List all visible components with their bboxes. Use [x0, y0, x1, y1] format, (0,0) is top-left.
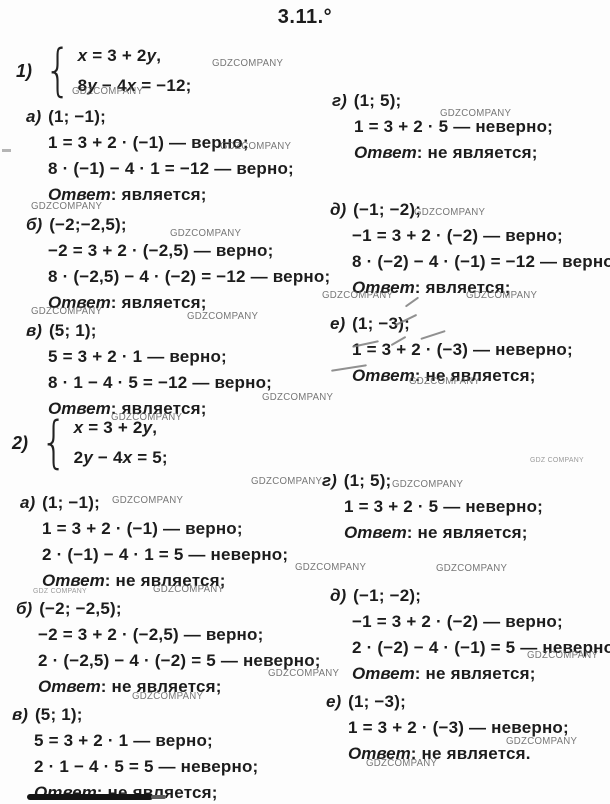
- part-2v: в)(5; 1); 5 = 3 + 2 · 1 — верно; 2 · 1 −…: [12, 702, 258, 804]
- watermark: GDZCOMPANY: [170, 227, 241, 239]
- part-point: (−2; −2,5);: [39, 599, 122, 618]
- watermark: GDZCOMPANY: [132, 690, 203, 702]
- part-point: (1; −1);: [48, 107, 106, 126]
- part-label: б): [26, 215, 42, 234]
- answer-line: Ответ: не является;: [344, 520, 543, 546]
- equation-line: 5 = 3 + 2 · 1 — верно;: [34, 728, 258, 754]
- answer-label: Ответ: [344, 523, 407, 542]
- watermark: GDZCOMPANY: [111, 411, 182, 423]
- watermark: GDZCOMPANY: [31, 200, 102, 212]
- equation-line: 8 · 1 − 4 · 5 = −12 — верно;: [48, 370, 272, 396]
- answer-line: Ответ: не является;: [34, 780, 258, 804]
- part-2d: д)(−1; −2); −1 = 3 + 2 · (−2) — верно; 2…: [330, 583, 610, 687]
- part-2b: б)(−2; −2,5); −2 = 3 + 2 · (−2,5) — верн…: [16, 596, 321, 700]
- part-point: (5; 1);: [35, 705, 83, 724]
- answer-label: Ответ: [352, 366, 415, 385]
- answer-text: : не является;: [407, 523, 528, 542]
- problem-number: 2): [12, 433, 28, 454]
- watermark: GDZCOMPANY: [466, 289, 537, 301]
- watermark: GDZCOMPANY: [31, 305, 102, 317]
- system-line: 2y − 4x = 5;: [74, 443, 168, 473]
- part-point: (−1; −2);: [353, 586, 421, 605]
- watermark: GDZCOMPANY: [409, 375, 480, 387]
- scan-artifact-dash: [2, 149, 11, 152]
- watermark: GDZCOMPANY: [153, 583, 224, 595]
- part-label: г): [322, 471, 337, 490]
- equation-line: 2 · 1 − 4 · 5 = 5 — неверно;: [34, 754, 258, 780]
- system-brace: {: [44, 40, 71, 102]
- answer-line: Ответ: не является;: [354, 140, 553, 166]
- equation-line: 1 = 3 + 2 · 5 — неверно;: [344, 494, 543, 520]
- watermark: GDZCOMPANY: [295, 561, 366, 573]
- answer-label: Ответ: [352, 664, 415, 683]
- system-brace: {: [40, 412, 67, 474]
- watermark: GDZ COMPANY: [530, 455, 584, 464]
- answer-label: Ответ: [38, 677, 101, 696]
- part-label: в): [12, 705, 28, 724]
- problem-number: 1): [16, 61, 32, 82]
- equation-line: 8 · (−1) − 4 · 1 = −12 — верно;: [48, 156, 294, 182]
- watermark: GDZCOMPANY: [251, 475, 322, 487]
- part-2e: е)(1; −3); 1 = 3 + 2 · (−3) — неверно; О…: [326, 689, 569, 767]
- answer-text: : не является;: [415, 664, 536, 683]
- watermark: GDZCOMPANY: [112, 494, 183, 506]
- part-point: (1; −1);: [42, 493, 100, 512]
- watermark: GDZCOMPANY: [72, 85, 143, 97]
- page-title: 3.11.°: [0, 6, 610, 29]
- system-line: x = 3 + 2y,: [78, 41, 192, 71]
- part-1a: а)(1; −1); 1 = 3 + 2 · (−1) — верно; 8 ·…: [26, 104, 294, 208]
- scan-artifact-bar: [27, 794, 153, 800]
- part-label: в): [26, 321, 42, 340]
- equation-line: 8 · (−2,5) − 4 · (−2) = −12 — верно;: [48, 264, 330, 290]
- part-point: (1; −3);: [348, 692, 406, 711]
- watermark: GDZCOMPANY: [440, 107, 511, 119]
- page: 3.11.° 1) { x = 3 + 2y, 8y − 4x = −12; а…: [0, 0, 610, 804]
- watermark: GDZCOMPANY: [392, 478, 463, 490]
- part-label: б): [16, 599, 32, 618]
- part-point: (−2;−2,5);: [49, 215, 127, 234]
- answer-text: : не является;: [417, 143, 538, 162]
- part-label: д): [330, 200, 346, 219]
- equation-line: 1 = 3 + 2 · (−3) — неверно;: [352, 337, 573, 363]
- watermark: GDZCOMPANY: [322, 289, 393, 301]
- equation-line: 2 · (−1) − 4 · 1 = 5 — неверно;: [42, 542, 288, 568]
- answer-label: Ответ: [354, 143, 417, 162]
- answer-line: Ответ: не является;: [352, 661, 610, 687]
- watermark: GDZCOMPANY: [366, 757, 437, 769]
- part-point: (1; 5);: [354, 91, 402, 110]
- part-point: (−1; −2);: [353, 200, 421, 219]
- scan-artifact-bar: [151, 795, 166, 799]
- watermark: GDZCOMPANY: [268, 667, 339, 679]
- part-label: а): [26, 107, 41, 126]
- equation-line: 1 = 3 + 2 · (−1) — верно;: [42, 516, 288, 542]
- watermark: GDZCOMPANY: [212, 57, 283, 69]
- watermark: GDZCOMPANY: [414, 206, 485, 218]
- equation-line: −1 = 3 + 2 · (−2) — верно;: [352, 609, 610, 635]
- watermark: GDZCOMPANY: [506, 735, 577, 747]
- part-1g: г)(1; 5); 1 = 3 + 2 · 5 — неверно; Ответ…: [332, 88, 553, 166]
- part-label: е): [330, 314, 345, 333]
- part-label: д): [330, 586, 346, 605]
- part-point: (1; 5);: [344, 471, 392, 490]
- part-1v: в)(5; 1); 5 = 3 + 2 · 1 — верно; 8 · 1 −…: [26, 318, 272, 422]
- equation-line: −2 = 3 + 2 · (−2,5) — верно;: [48, 238, 330, 264]
- equation-line: 5 = 3 + 2 · 1 — верно;: [48, 344, 272, 370]
- watermark: GDZCOMPANY: [527, 649, 598, 661]
- part-label: а): [20, 493, 35, 512]
- part-point: (5; 1);: [49, 321, 97, 340]
- part-label: г): [332, 91, 347, 110]
- watermark: GDZCOMPANY: [436, 562, 507, 574]
- watermark: GDZ COMPANY: [33, 586, 87, 595]
- answer-text: : является;: [111, 185, 207, 204]
- part-point: (1; −3);: [352, 314, 410, 333]
- equation-line: −2 = 3 + 2 · (−2,5) — верно;: [38, 622, 321, 648]
- equation-line: −1 = 3 + 2 · (−2) — верно;: [352, 223, 610, 249]
- part-label: е): [326, 692, 341, 711]
- watermark: GDZCOMPANY: [220, 140, 291, 152]
- equation-line: 8 · (−2) − 4 · (−1) = −12 — верно;: [352, 249, 610, 275]
- watermark: GDZCOMPANY: [187, 310, 258, 322]
- watermark: GDZCOMPANY: [262, 391, 333, 403]
